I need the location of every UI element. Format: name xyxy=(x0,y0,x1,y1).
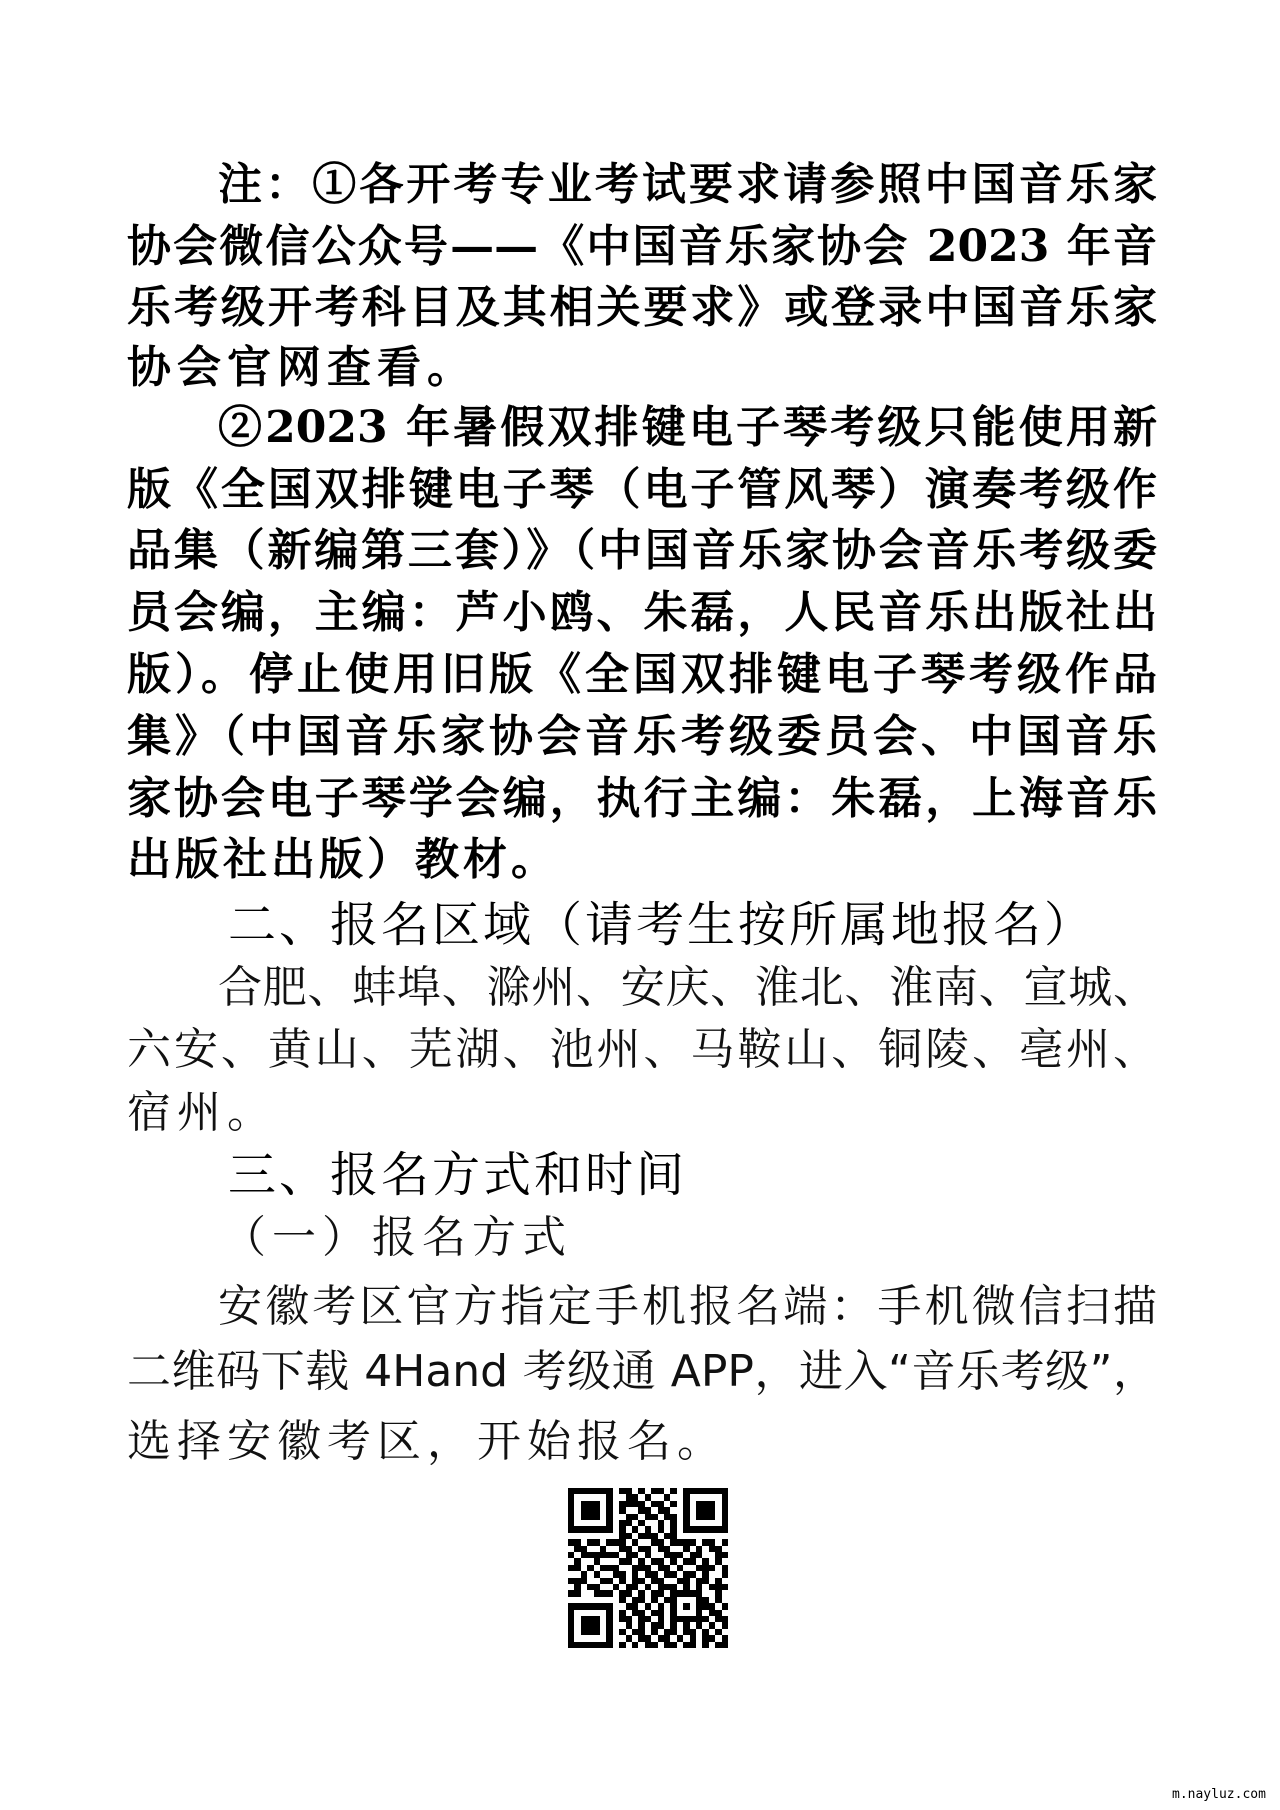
note-2-line-2: 版《全国双排键电子琴（电子管风琴）演奏考级作 xyxy=(127,465,1157,515)
note-2-line-1: ②2023 年暑假双排键电子琴考级只能使用新 xyxy=(218,403,1157,453)
note-2-line-3: 品集（新编第三套）》（中国音乐家协会音乐考级委 xyxy=(127,526,1157,576)
note-2-line-5: 版）。停止使用旧版《全国双排键电子琴考级作品 xyxy=(127,650,1157,700)
region-line-3: 宿州。 xyxy=(127,1088,1157,1138)
region-line-1: 合肥、蚌埠、滁州、安庆、淮北、淮南、宣城、 xyxy=(218,963,1157,1013)
registration-line-1: 安徽考区官方指定手机报名端：手机微信扫描 xyxy=(218,1282,1157,1332)
note-2-line-6: 集》（中国音乐家协会音乐考级委员会、中国音乐 xyxy=(127,712,1157,762)
region-line-2: 六安、黄山、芜湖、池州、马鞍山、铜陵、亳州、 xyxy=(127,1025,1157,1075)
note-1-line-4: 协会官网查看。 xyxy=(127,343,1157,393)
note-2-line-7: 家协会电子琴学会编，执行主编：朱磊，上海音乐 xyxy=(127,774,1157,824)
note-2-line-8: 出版社出版）教材。 xyxy=(127,835,1157,885)
note-1-line-1: 注：①各开考专业考试要求请参照中国音乐家 xyxy=(218,160,1157,210)
note-2-line-4: 员会编，主编：芦小鸥、朱磊，人民音乐出版社出 xyxy=(127,588,1157,638)
watermark-text: m.nayluz.com xyxy=(1172,1787,1266,1802)
registration-line-2: 二维码下载 4Hand 考级通 APP，进入“音乐考级”， xyxy=(127,1347,1157,1397)
note-1-line-2: 协会微信公众号——《中国音乐家协会 2023 年音 xyxy=(127,222,1157,272)
registration-line-3: 选择安徽考区，开始报名。 xyxy=(127,1417,1157,1467)
qr-module xyxy=(722,1642,728,1648)
section-3-heading: 三、报名方式和时间 xyxy=(228,1150,687,1200)
note-1-line-3: 乐考级开考科目及其相关要求》或登录中国音乐家 xyxy=(127,283,1157,333)
section-3-subheading: （一）报名方式 xyxy=(222,1213,572,1263)
section-2-heading: 二、报名区域（请考生按所属地报名） xyxy=(228,900,1095,950)
qr-code-image xyxy=(568,1488,728,1648)
